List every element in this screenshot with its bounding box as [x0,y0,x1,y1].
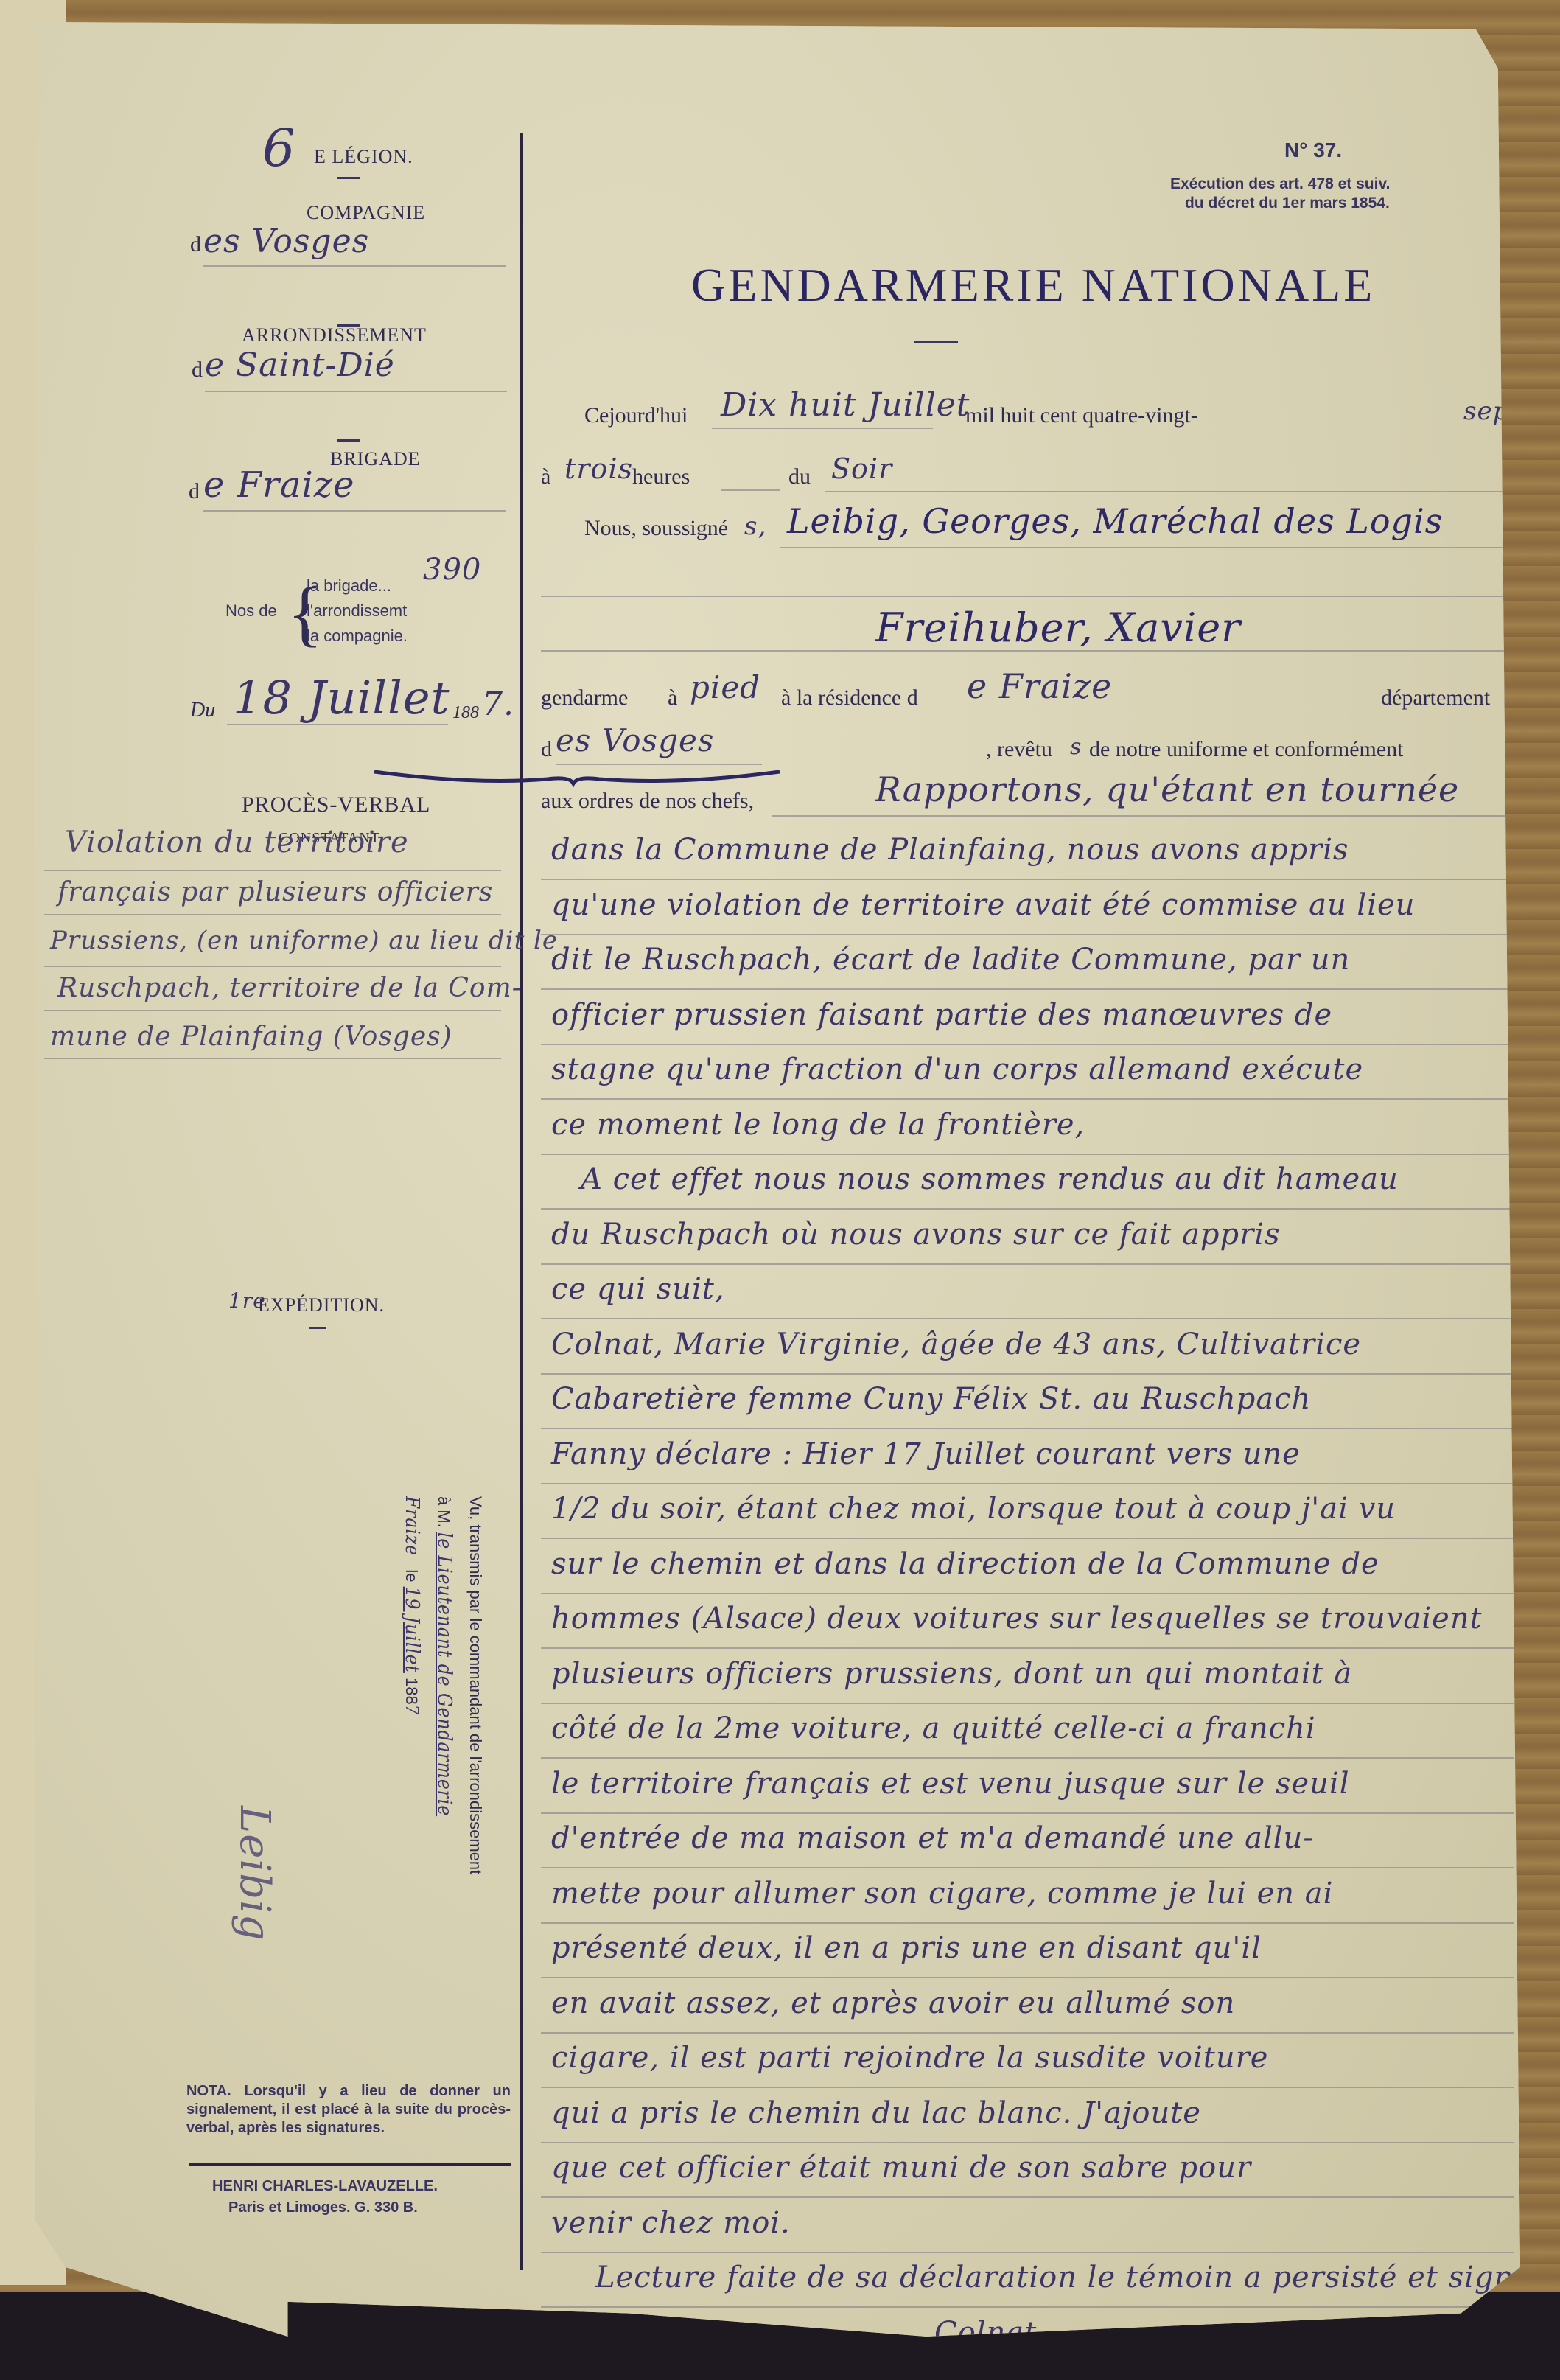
compagnie-prefix: d [190,232,201,257]
report-line-text: côté de la 2me voiture, a quitté celle-c… [551,1711,1316,1745]
subject-rule [44,1010,501,1011]
transmission-year: 188 [402,1678,421,1705]
period-line [825,491,1518,492]
report-line-text: Cabaretière femme Cuny Félix St. au Rusc… [551,1382,1311,1416]
subject-line: Prussiens, (en uniforme) au lieu dit le [50,926,558,955]
report-rule [541,1757,1514,1759]
du-label: du [788,464,811,489]
report-line-text: du Ruschpach où nous avons sur ce fait a… [551,1218,1281,1252]
subject-line: français par plusieurs officiers [57,877,493,907]
report-rule [541,1812,1514,1814]
numbers-row-brigade: la brigade... [307,576,391,596]
year-printed: mil huit cent quatre-vingt- [965,403,1198,428]
subject-rule [44,966,501,967]
report-rule [541,2306,1514,2308]
report-rule [541,1098,1514,1100]
name-line-1 [780,547,1517,548]
brigade-value: e Fraize [203,464,355,506]
transmission-recipient: le Lieutenant de Gendarmerie [433,1532,455,1816]
compagnie-line [203,265,506,267]
legal-reference-2: du décret du 1er mars 1854. [1185,195,1390,212]
nota-text: NOTA. Lorsqu'il y a lieu de donner un si… [186,2082,511,2138]
report-rule [541,879,1514,880]
report-line-text: d'entrée de ma maison et m'a demandé une… [551,1821,1314,1855]
report-line-text: sur le chemin et dans la direction de la… [551,1547,1379,1581]
compagnie-label: COMPAGNIE [307,202,425,224]
document-page: N° 37. Exécution des art. 478 et suiv. d… [35,22,1520,2337]
report-rule [541,988,1514,990]
report-line-text: dans la Commune de Plainfaing, nous avon… [551,833,1349,867]
brigade-line [203,510,506,512]
nous-soussigne-label: Nous, soussigné [584,516,728,541]
transmission-note: Vu, transmis par le commandant de l'arro… [419,1496,485,2012]
divider [309,1327,326,1329]
report-line-text: mette pour allumer son cigare, comme je … [551,1877,1333,1910]
report-rule [541,1373,1514,1375]
transmission-prefix: à M. [435,1496,453,1528]
arrondissement-prefix: d [192,357,203,383]
transmission-date: 19 Juillet [401,1587,423,1673]
report-line-text: stagne qu'une fraction d'un corps allema… [551,1053,1363,1086]
report-line-text: officier prussien faisant partie des man… [551,998,1332,1032]
report-line-text: ce moment le long de la frontière, [551,1108,1085,1142]
report-line-text: 1/2 du soir, étant chez moi, lorsque tou… [551,1492,1396,1526]
report-line-text: hommes (Alsace) deux voitures sur lesque… [551,1602,1483,1636]
report-rule [541,1647,1514,1649]
a-label-2: à [668,685,677,711]
legion-number: 6 [262,118,296,178]
printer-line-1: HENRI CHARLES-LAVAUZELLE. [212,2178,438,2195]
printer-rule [189,2163,511,2166]
subject-rule [44,1058,501,1059]
report-line-text: venir chez moi. [551,2206,791,2240]
arrondissement-line [205,391,507,392]
report-rule [541,1922,1514,1924]
date-written: Dix huit Juillet [721,386,970,424]
subject-rule [44,870,501,871]
transmission-place: Fraize [401,1496,423,1556]
gendarme-label: gendarme [541,685,628,711]
officer-name-2: Freihuber, Xavier [875,604,1241,651]
d-label: d [541,737,552,762]
report-rule [541,1867,1514,1868]
divider [337,439,360,442]
report-rule [541,1483,1514,1484]
report-rule [541,1044,1514,1045]
transmission-signature: Leibig [231,1806,279,1941]
subject-rule [44,914,501,915]
brigade-prefix: d [189,479,200,504]
report-line-text: présenté deux, il en a pris une en disan… [551,1931,1262,1965]
revetu-label: , revêtu [986,737,1052,762]
title-divider [914,341,958,343]
report-rule [541,1977,1514,1978]
report-line-text: le territoire français et est venu jusqu… [551,1767,1350,1801]
soussigne-suffix: s, [744,512,766,541]
date-line [227,724,448,725]
report-line-text: qu'une violation de territoire avait été… [551,888,1415,922]
compagnie-value: es Vosges [203,223,369,260]
subject-line: Ruschpach, territoire de la Com- [57,973,522,1003]
report-rule [541,934,1514,935]
department-value: es Vosges [556,722,714,758]
report-rule [541,2142,1514,2143]
transmission-le: le [402,1569,421,1582]
revetu-suffix: s [1070,734,1082,760]
subject-line: Violation du territoire [65,826,409,859]
report-line-text: qui a pris le chemin du lac blanc. J'ajo… [551,2096,1201,2130]
report-rule [541,1593,1514,1594]
officer-name-1: Leibig, Georges, Maréchal des Logis [787,501,1443,541]
form-number: N° 37. [1284,139,1342,162]
a-label: à [541,464,550,489]
ordres-label: aux ordres de nos chefs, [541,789,754,814]
date-value: 18 Juillet [233,671,450,725]
heures-label: heures [632,464,690,489]
report-rule [541,1703,1514,1704]
legal-reference-1: Exécution des art. 478 et suiv. [1170,175,1390,193]
arrondissement-label: ARRONDISSEMENT [242,324,427,346]
report-line-text: dit le Ruschpach, écart de ladite Commun… [551,943,1350,977]
residence-value: e Fraize [967,666,1112,706]
expedition-label: EXPÉDITION. [258,1294,385,1316]
printer-line-2: Paris et Limoges. G. 330 B. [228,2199,418,2216]
numbers-label: Nos de [225,601,277,621]
date-written-line [712,428,933,429]
report-rule [541,1428,1514,1429]
report-rule [541,1154,1514,1155]
report-line-text: ce qui suit, [551,1272,725,1306]
date-year-hand: 7. [482,685,514,723]
cejourdhui-label: Cejourd'hui [584,403,688,428]
report-line-text: que cet officier était muni de son sabre… [551,2151,1251,2185]
ornamental-divider [371,763,783,792]
report-rule [541,1538,1514,1539]
residence-label: à la résidence d [781,685,918,711]
service-mode: pied [690,669,760,705]
report-rule [541,2087,1514,2088]
name-line-2a [541,596,1514,597]
arrondissement-value: e Saint-Dié [205,346,395,384]
transmission-year-hand: 7 [402,1705,422,1716]
report-line-text: cigare, il est parti rejoindre la susdit… [551,2041,1268,2075]
report-line-text: Fanny déclare : Hier 17 Juillet courant … [551,1437,1301,1471]
report-line-text: A cet effet nous nous sommes rendus au d… [581,1162,1399,1196]
departement-label: département [1381,685,1490,711]
divider [337,177,360,179]
report-rule [541,2252,1514,2253]
name-line-2b [541,650,1514,652]
report-line-text: en avait assez, et après avoir eu allumé… [551,1986,1235,2020]
report-rule [541,2196,1514,2198]
report-rule [541,1318,1514,1319]
department-line [556,764,762,765]
transmission-printed: Vu, transmis par le commandant de l'arro… [466,1496,485,2012]
subject-line: mune de Plainfaing (Vosges) [50,1022,452,1052]
report-line-text: Lecture faite de sa déclaration le témoi… [595,2261,1532,2294]
report-line-text: Colnat, Marie Virginie, âgée de 43 ans, … [551,1327,1361,1361]
numbers-row-arrondissement: l'arrondissemt [307,601,407,621]
year-written: sept [1463,397,1520,426]
report-rule [541,1263,1514,1265]
heures-line [721,489,780,491]
column-separator [520,133,523,2270]
report-line-text: plusieurs officiers prussiens, dont un q… [551,1657,1352,1691]
brigade-number-value: 390 [423,553,481,587]
legion-label: e LÉGION. [314,146,413,168]
report-start: Rapportons, qu'étant en tournée [875,770,1459,809]
report-rule [541,2032,1514,2034]
page-title: GENDARMERIE NATIONALE [691,258,1375,313]
report-rule [541,1208,1514,1210]
report-line [772,815,1517,817]
uniforme-label: de notre uniforme et conformément [1089,737,1404,762]
date-year-printed: 188 [452,703,479,723]
period-written: Soir [831,453,892,485]
date-prefix: Du [190,699,215,722]
numbers-row-compagnie: la compagnie. [307,627,408,646]
pv-label: PROCÈS-VERBAL [242,792,430,817]
hour-written: trois [564,453,633,485]
